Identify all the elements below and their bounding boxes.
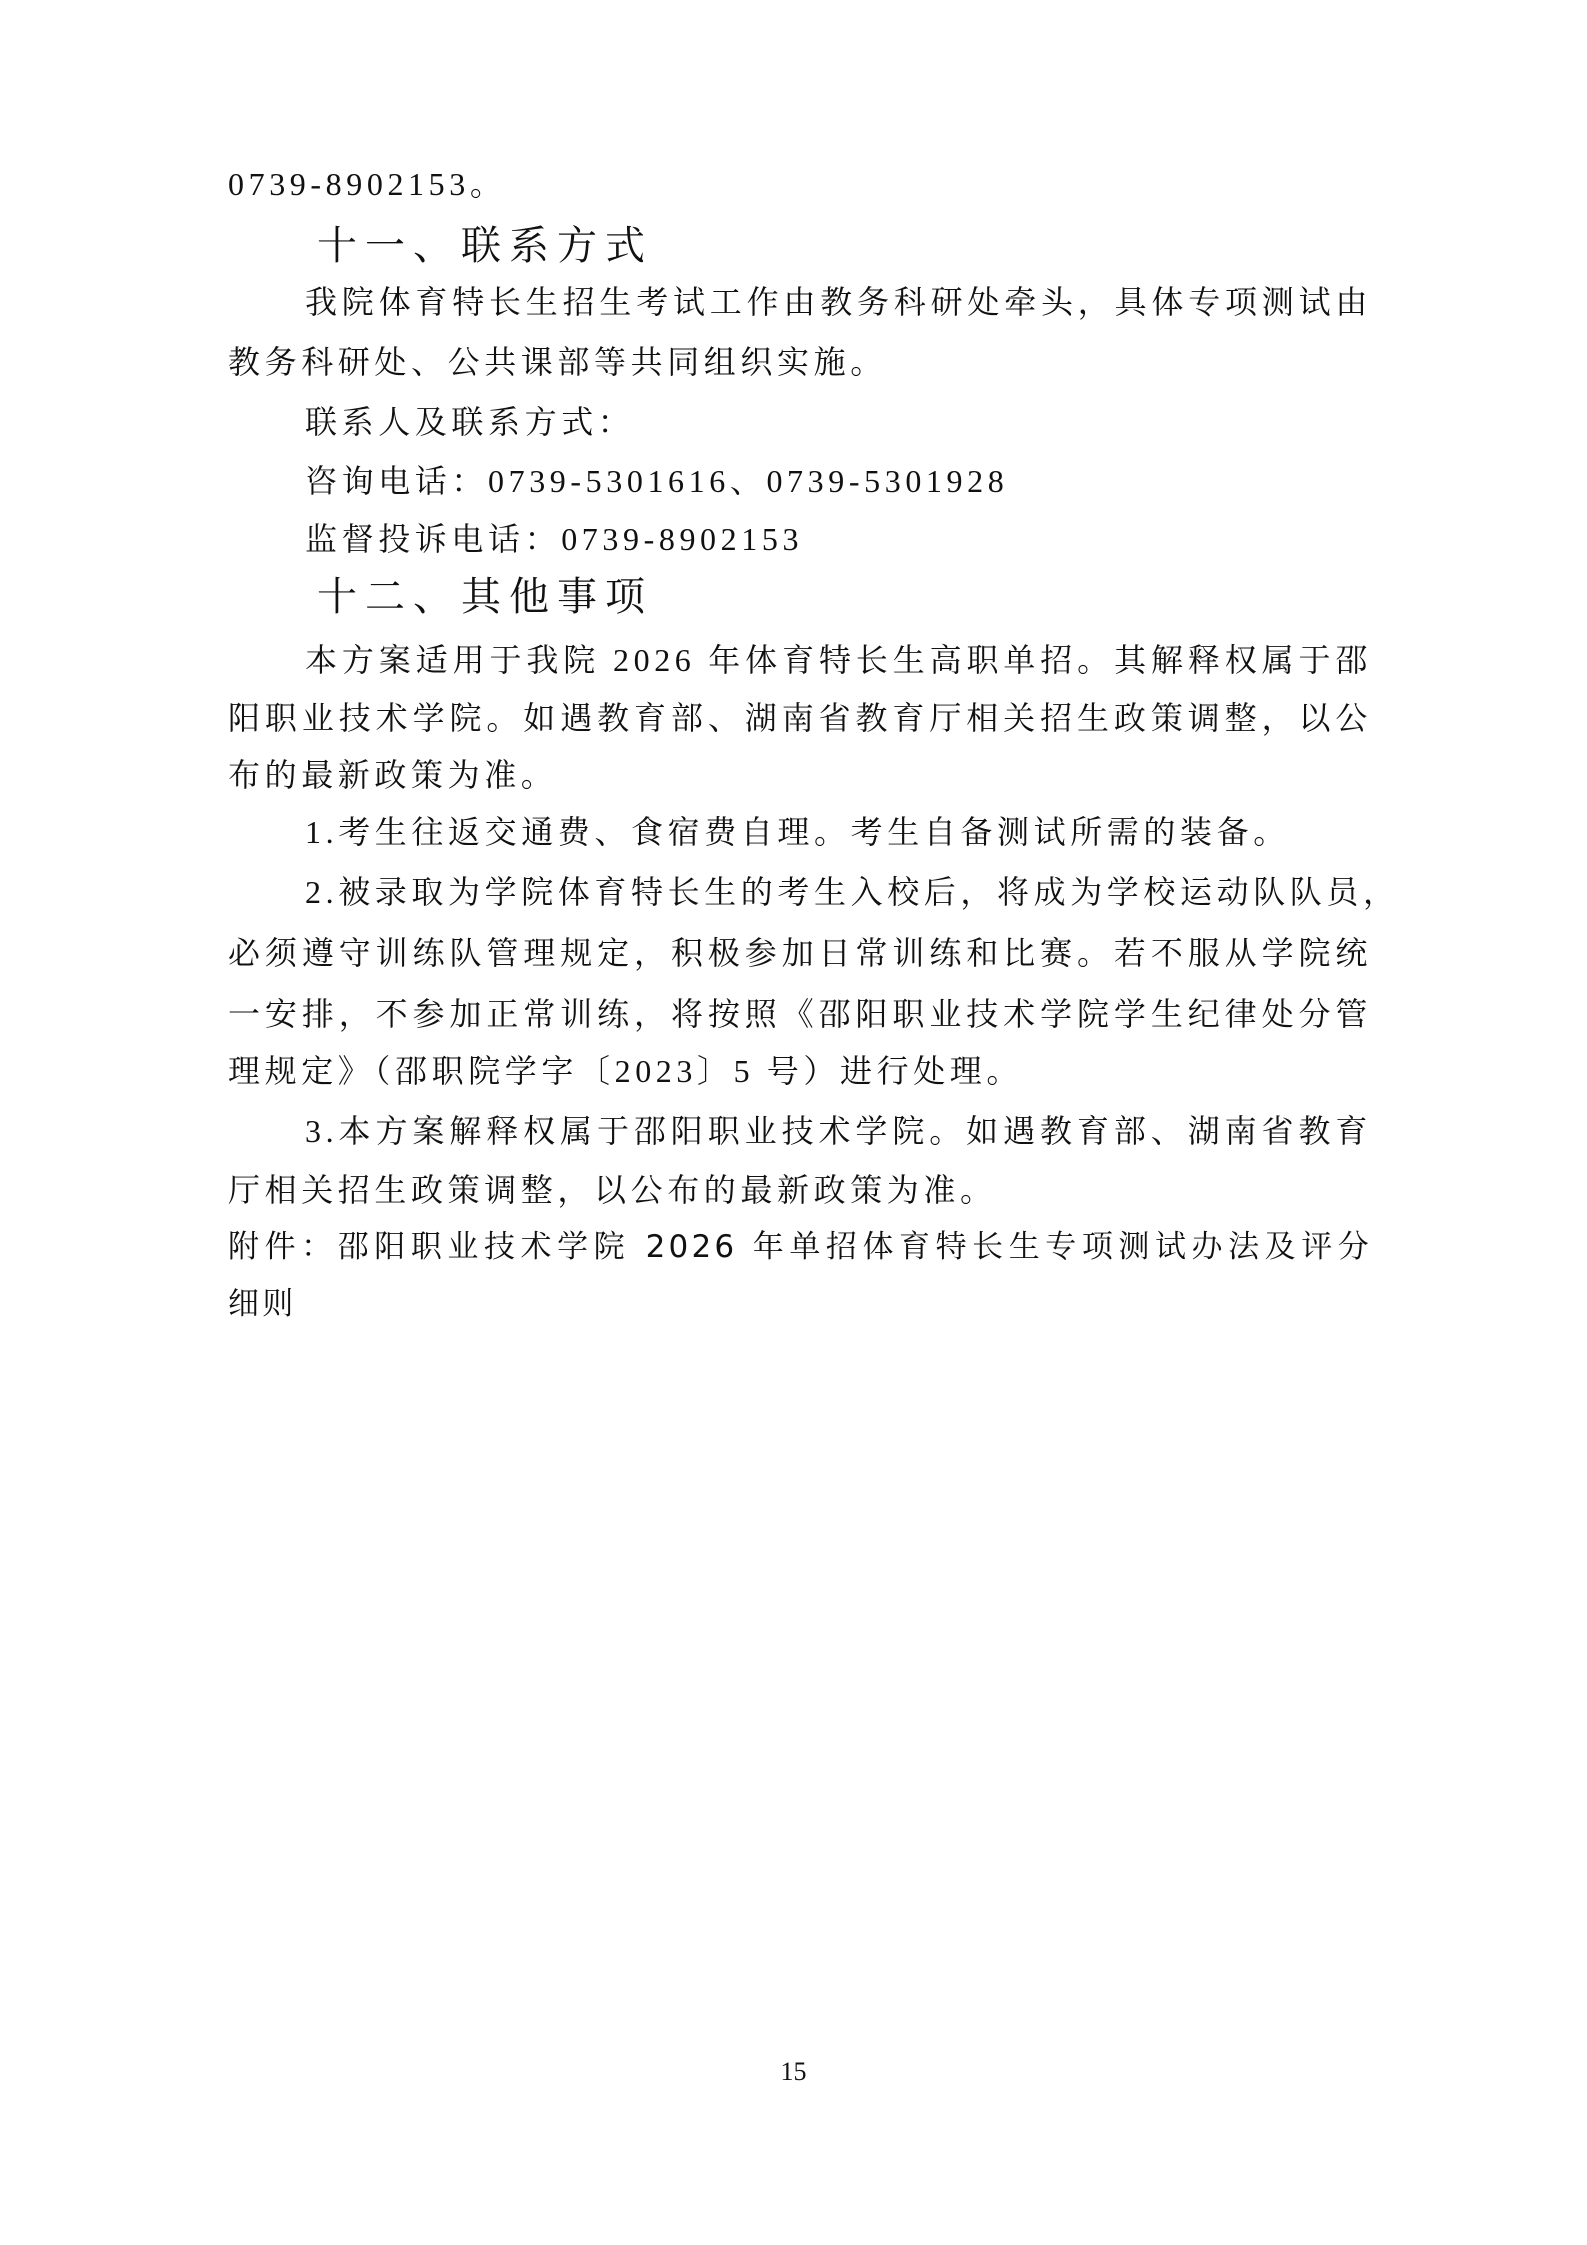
list-item-3-line: 3.本方案解释权属于邵阳职业技术学院。如遇教育部、湖南省教育 (305, 1109, 1372, 1153)
consult-phone: 咨询电话：0739-5301616、0739-5301928 (305, 459, 1008, 503)
paragraph-line: 布的最新政策为准。 (228, 753, 1372, 797)
list-item-2-line: 必须遵守训练队管理规定，积极参加日常训练和比赛。若不服从学院统 (228, 931, 1372, 975)
list-item-2-line: 理规定》（邵职院学字〔2023〕5 号）进行处理。 (228, 1049, 1372, 1093)
list-item-1: 1.考生往返交通费、食宿费自理。考生自备测试所需的装备。 (305, 810, 1290, 854)
attachment-line: 细则 (228, 1282, 1372, 1326)
list-item-3-line: 厅相关招生政策调整，以公布的最新政策为准。 (228, 1168, 1372, 1212)
paragraph-line: 教务科研处、公共课部等共同组织实施。 (228, 340, 1372, 384)
section-heading-contact: 十一、联系方式 (317, 221, 653, 271)
complaint-phone: 监督投诉电话：0739-8902153 (305, 517, 803, 561)
document-page: 0739-8902153。 十一、联系方式 我院体育特长生招生考试工作由教务科研… (0, 0, 1587, 2245)
list-item-2-line: 2.被录取为学院体育特长生的考生入校后，将成为学校运动队队员， (305, 870, 1372, 914)
paragraph-line: 本方案适用于我院 2026 年体育特长生高职单招。其解释权属于邵 (305, 638, 1372, 682)
paragraph-line: 我院体育特长生招生考试工作由教务科研处牵头，具体专项测试由 (305, 280, 1372, 324)
contact-label: 联系人及联系方式： (305, 400, 634, 444)
continuation-line: 0739-8902153。 (228, 162, 506, 206)
attachment-line: 附件：邵阳职业技术学院 2026 年单招体育特长生专项测试办法及评分 (228, 1225, 1372, 1269)
list-item-2-line: 一安排，不参加正常训练，将按照《邵阳职业技术学院学生纪律处分管 (228, 992, 1372, 1036)
page-number: 15 (0, 2058, 1587, 2086)
section-heading-other-matters: 十二、其他事项 (317, 572, 653, 622)
paragraph-line: 阳职业技术学院。如遇教育部、湖南省教育厅相关招生政策调整，以公 (228, 696, 1372, 740)
